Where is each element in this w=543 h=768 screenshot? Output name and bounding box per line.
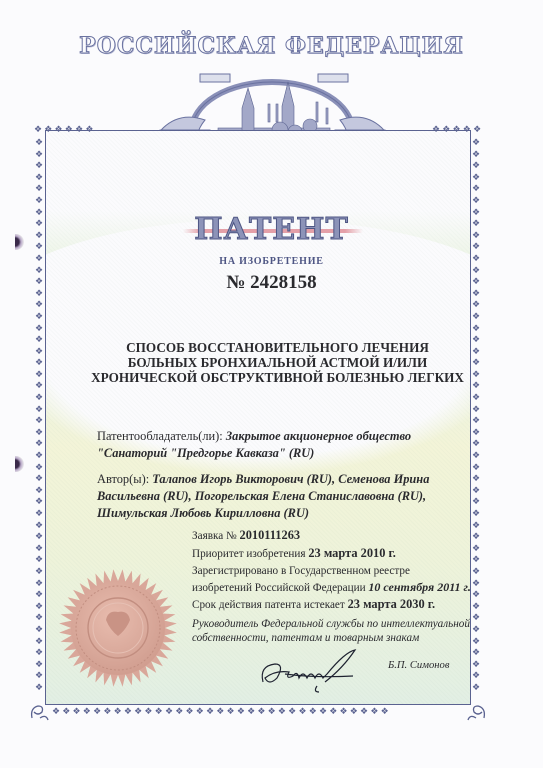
authors-line3: Шимульская Любовь Кирилловна (RU) [97, 506, 309, 520]
expiry-value: 23 марта 2030 г. [348, 597, 436, 611]
invention-title-line: СПОСОБ ВОССТАНОВИТЕЛЬНОГО ЛЕЧЕНИЯ [90, 340, 465, 355]
application-number: Заявка № 2010111263 [192, 527, 482, 544]
expiry-label: Срок действия патента истекает [192, 599, 345, 611]
document-type: ПАТЕНТ [0, 212, 543, 247]
application-label: Заявка № [192, 530, 237, 542]
registered-line1: Зарегистрировано в Государственном реест… [192, 565, 410, 577]
invention-title: СПОСОБ ВОССТАНОВИТЕЛЬНОГО ЛЕЧЕНИЯ БОЛЬНЫ… [90, 340, 465, 385]
priority-value: 23 марта 2010 г. [308, 546, 396, 560]
application-value: 2010111263 [240, 528, 301, 542]
authors-label: Автор(ы): [97, 472, 149, 486]
signatory-name: Б.П. Симонов [388, 660, 449, 671]
registered-value: 10 сентября 2011 г. [368, 580, 470, 594]
authors-line1: Талапов Игорь Викторович (RU), Семенова … [152, 472, 429, 486]
authors-line2: Васильевна (RU), Погорельская Елена Стан… [97, 489, 426, 503]
document-subtype: НА ИЗОБРЕТЕНИЕ [0, 256, 543, 267]
registration-date: Зарегистрировано в Государственном реест… [192, 563, 482, 596]
patent-holder-label: Патентообладатель(ли): [97, 429, 223, 443]
registered-line2: изобретений Российской Федерации [192, 582, 366, 594]
priority-date: Приоритет изобретения 23 марта 2010 г. [192, 545, 482, 562]
patent-holder-value-line2: "Санаторий "Предгорье Кавказа" (RU) [97, 446, 314, 460]
authors: Автор(ы): Талапов Игорь Викторович (RU),… [97, 471, 477, 522]
expiry-date: Срок действия патента истекает 23 марта … [192, 596, 482, 613]
invention-title-line: БОЛЬНЫХ БРОНХИАЛЬНОЙ АСТМОЙ И/ИЛИ [90, 355, 465, 370]
signatory-role-line2: собственности, патентам и товарным знака… [192, 632, 419, 644]
embossed-seal-icon [58, 568, 178, 688]
priority-label: Приоритет изобретения [192, 548, 306, 560]
signature-icon [255, 648, 365, 693]
patent-holder-value-line1: Закрытое акционерное общество [226, 429, 411, 443]
signatory-role-line1: Руководитель Федеральной службы по интел… [192, 618, 470, 630]
invention-title-line: ХРОНИЧЕСКОЙ ОБСТРУКТИВНОЙ БОЛЕЗНЬЮ ЛЕГКИ… [90, 370, 465, 385]
signatory-role: Руководитель Федеральной службы по интел… [192, 617, 482, 645]
patent-number: № 2428158 [0, 272, 543, 294]
patent-holder: Патентообладатель(ли): Закрытое акционер… [97, 428, 477, 462]
